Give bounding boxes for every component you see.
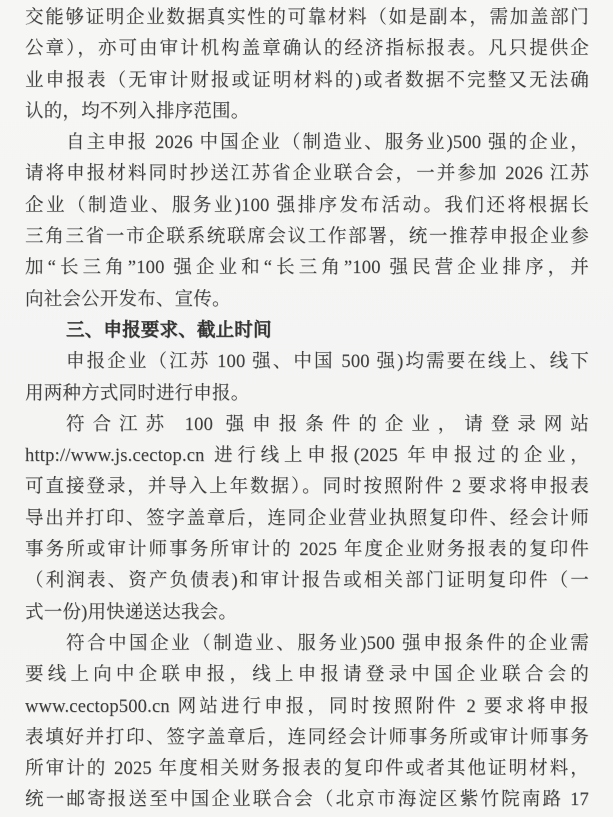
text-line: 可直接登录，并导入上年数据）。同时按照附件 2 要求将申报表 xyxy=(25,472,589,503)
text-line: 请将申报材料同时抄送江苏省企业联合会，一并参加 2026 江苏 xyxy=(25,159,589,190)
text-line: 要线上向中企联申报，线上申报请登录中国企业联合会的 xyxy=(25,660,589,691)
text-line: 公章），亦可由审计机构盖章确认的经济指标报表。凡只提供企 xyxy=(25,34,589,65)
text-line: 加“长三角”100 强企业和“长三角”100 强民营企业排序，并 xyxy=(25,253,589,284)
text-line: 业申报表（无审计财报或证明材料的)或者数据不完整又无法确 xyxy=(25,66,589,97)
text-line: 用两种方式同时进行申报。 xyxy=(25,379,589,410)
text-line: 自主申报 2026 中国企业（制造业、服务业)500 强的企业， xyxy=(25,128,589,159)
text-line: 事务所或审计师事务所审计的 2025 年度企业财务报表的复印件 xyxy=(25,535,589,566)
text-line-url-js: http://www.js.cectop.cn 进行线上申报(2025 年申报过… xyxy=(25,441,589,472)
text-line: 符合中国企业（制造业、服务业)500 强申报条件的企业需 xyxy=(25,629,589,660)
text-line: 式一份)用快递送达我会。 xyxy=(25,598,589,629)
text-line: 认的，均不列入排序范围。 xyxy=(25,97,589,128)
text-line: 统一邮寄报送至中国企业联合会（北京市海淀区紫竹院南路 17 xyxy=(25,785,589,816)
text-line: 所审计的 2025 年度相关财务报表的复印件或者其他证明材料， xyxy=(25,754,589,785)
text-line: 企业（制造业、服务业)100 强排序发布活动。我们还将根据长 xyxy=(25,191,589,222)
text-line: 申报企业（江苏 100 强、中国 500 强)均需要在线上、线下 xyxy=(25,347,589,378)
text-line: （利润表、资产负债表)和审计报告或相关部门证明复印件（一 xyxy=(25,566,589,597)
text-line: 交能够证明企业数据真实性的可靠材料（如是副本，需加盖部门 xyxy=(25,3,589,34)
document-page: 交能够证明企业数据真实性的可靠材料（如是副本，需加盖部门 公章），亦可由审计机构… xyxy=(0,0,613,817)
text-line: 导出并打印、签字盖章后，连同企业营业执照复印件、经会计师 xyxy=(25,504,589,535)
section-heading: 三、申报要求、截止时间 xyxy=(25,316,589,347)
text-line-url-cectop500: www.cectop500.cn 网站进行申报，同时按照附件 2 要求将申报 xyxy=(25,692,589,723)
text-line: 符合江苏 100 强申报条件的企业，请登录网站 xyxy=(25,410,589,441)
text-line: 三角三省一市企联系统联席会议工作部署，统一推荐申报企业参 xyxy=(25,222,589,253)
text-line: 向社会公开发布、宣传。 xyxy=(25,285,589,316)
text-line: 表填好并打印、签字盖章后，连同经会计师事务所或审计师事务 xyxy=(25,723,589,754)
